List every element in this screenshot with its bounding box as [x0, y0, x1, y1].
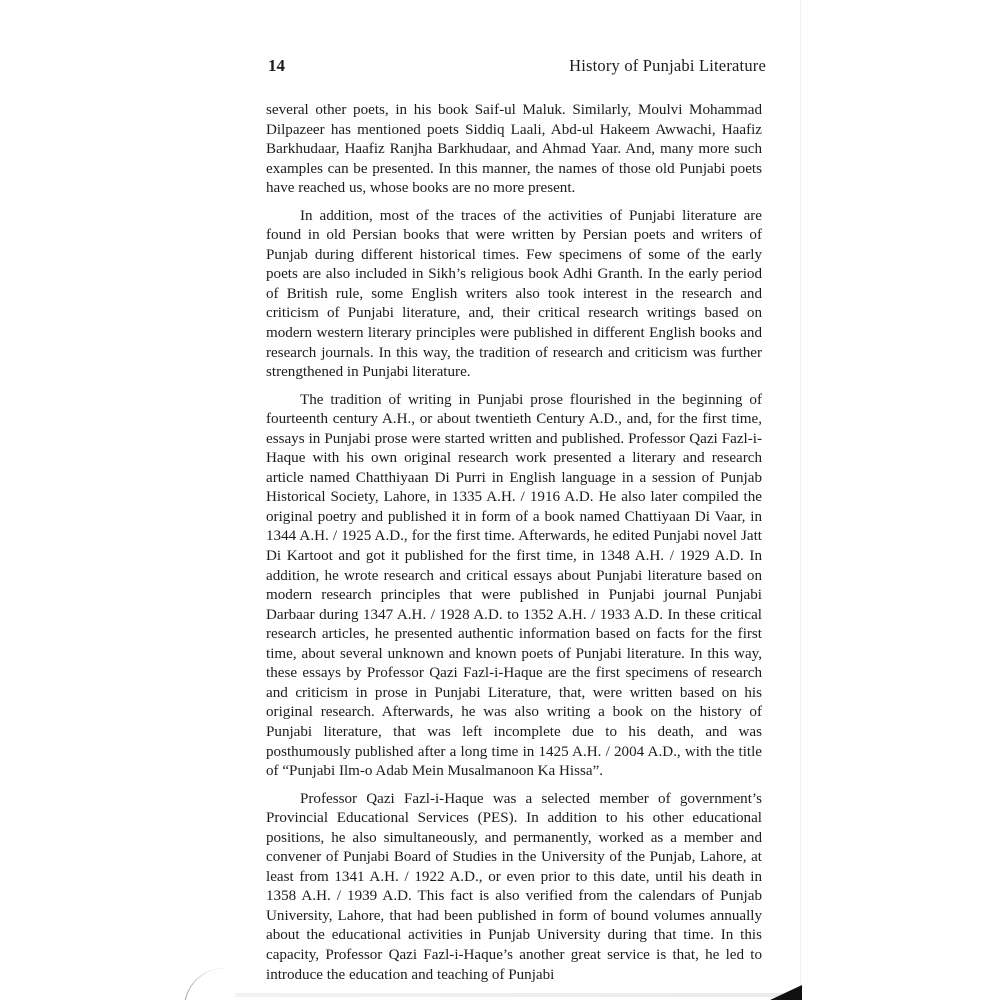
paragraph: Professor Qazi Fazl-i-Haque was a select…	[266, 790, 762, 985]
paragraph: The tradition of writing in Punjabi pros…	[266, 391, 762, 782]
page-header: 14 History of Punjabi Literature	[266, 55, 762, 79]
running-title: History of Punjabi Literature	[569, 55, 766, 77]
page-edge	[800, 0, 801, 990]
body-text: several other poets, in his book Saif-ul…	[266, 101, 762, 993]
paragraph: In addition, most of the traces of the a…	[266, 207, 762, 383]
page-curl-mark	[184, 968, 225, 1000]
page-number: 14	[268, 55, 285, 77]
scan-shadow	[235, 993, 795, 997]
book-page: 14 History of Punjabi Literature several…	[0, 0, 1000, 1000]
paragraph-continuation: several other poets, in his book Saif-ul…	[266, 101, 762, 199]
page-corner-fold	[770, 985, 802, 1000]
